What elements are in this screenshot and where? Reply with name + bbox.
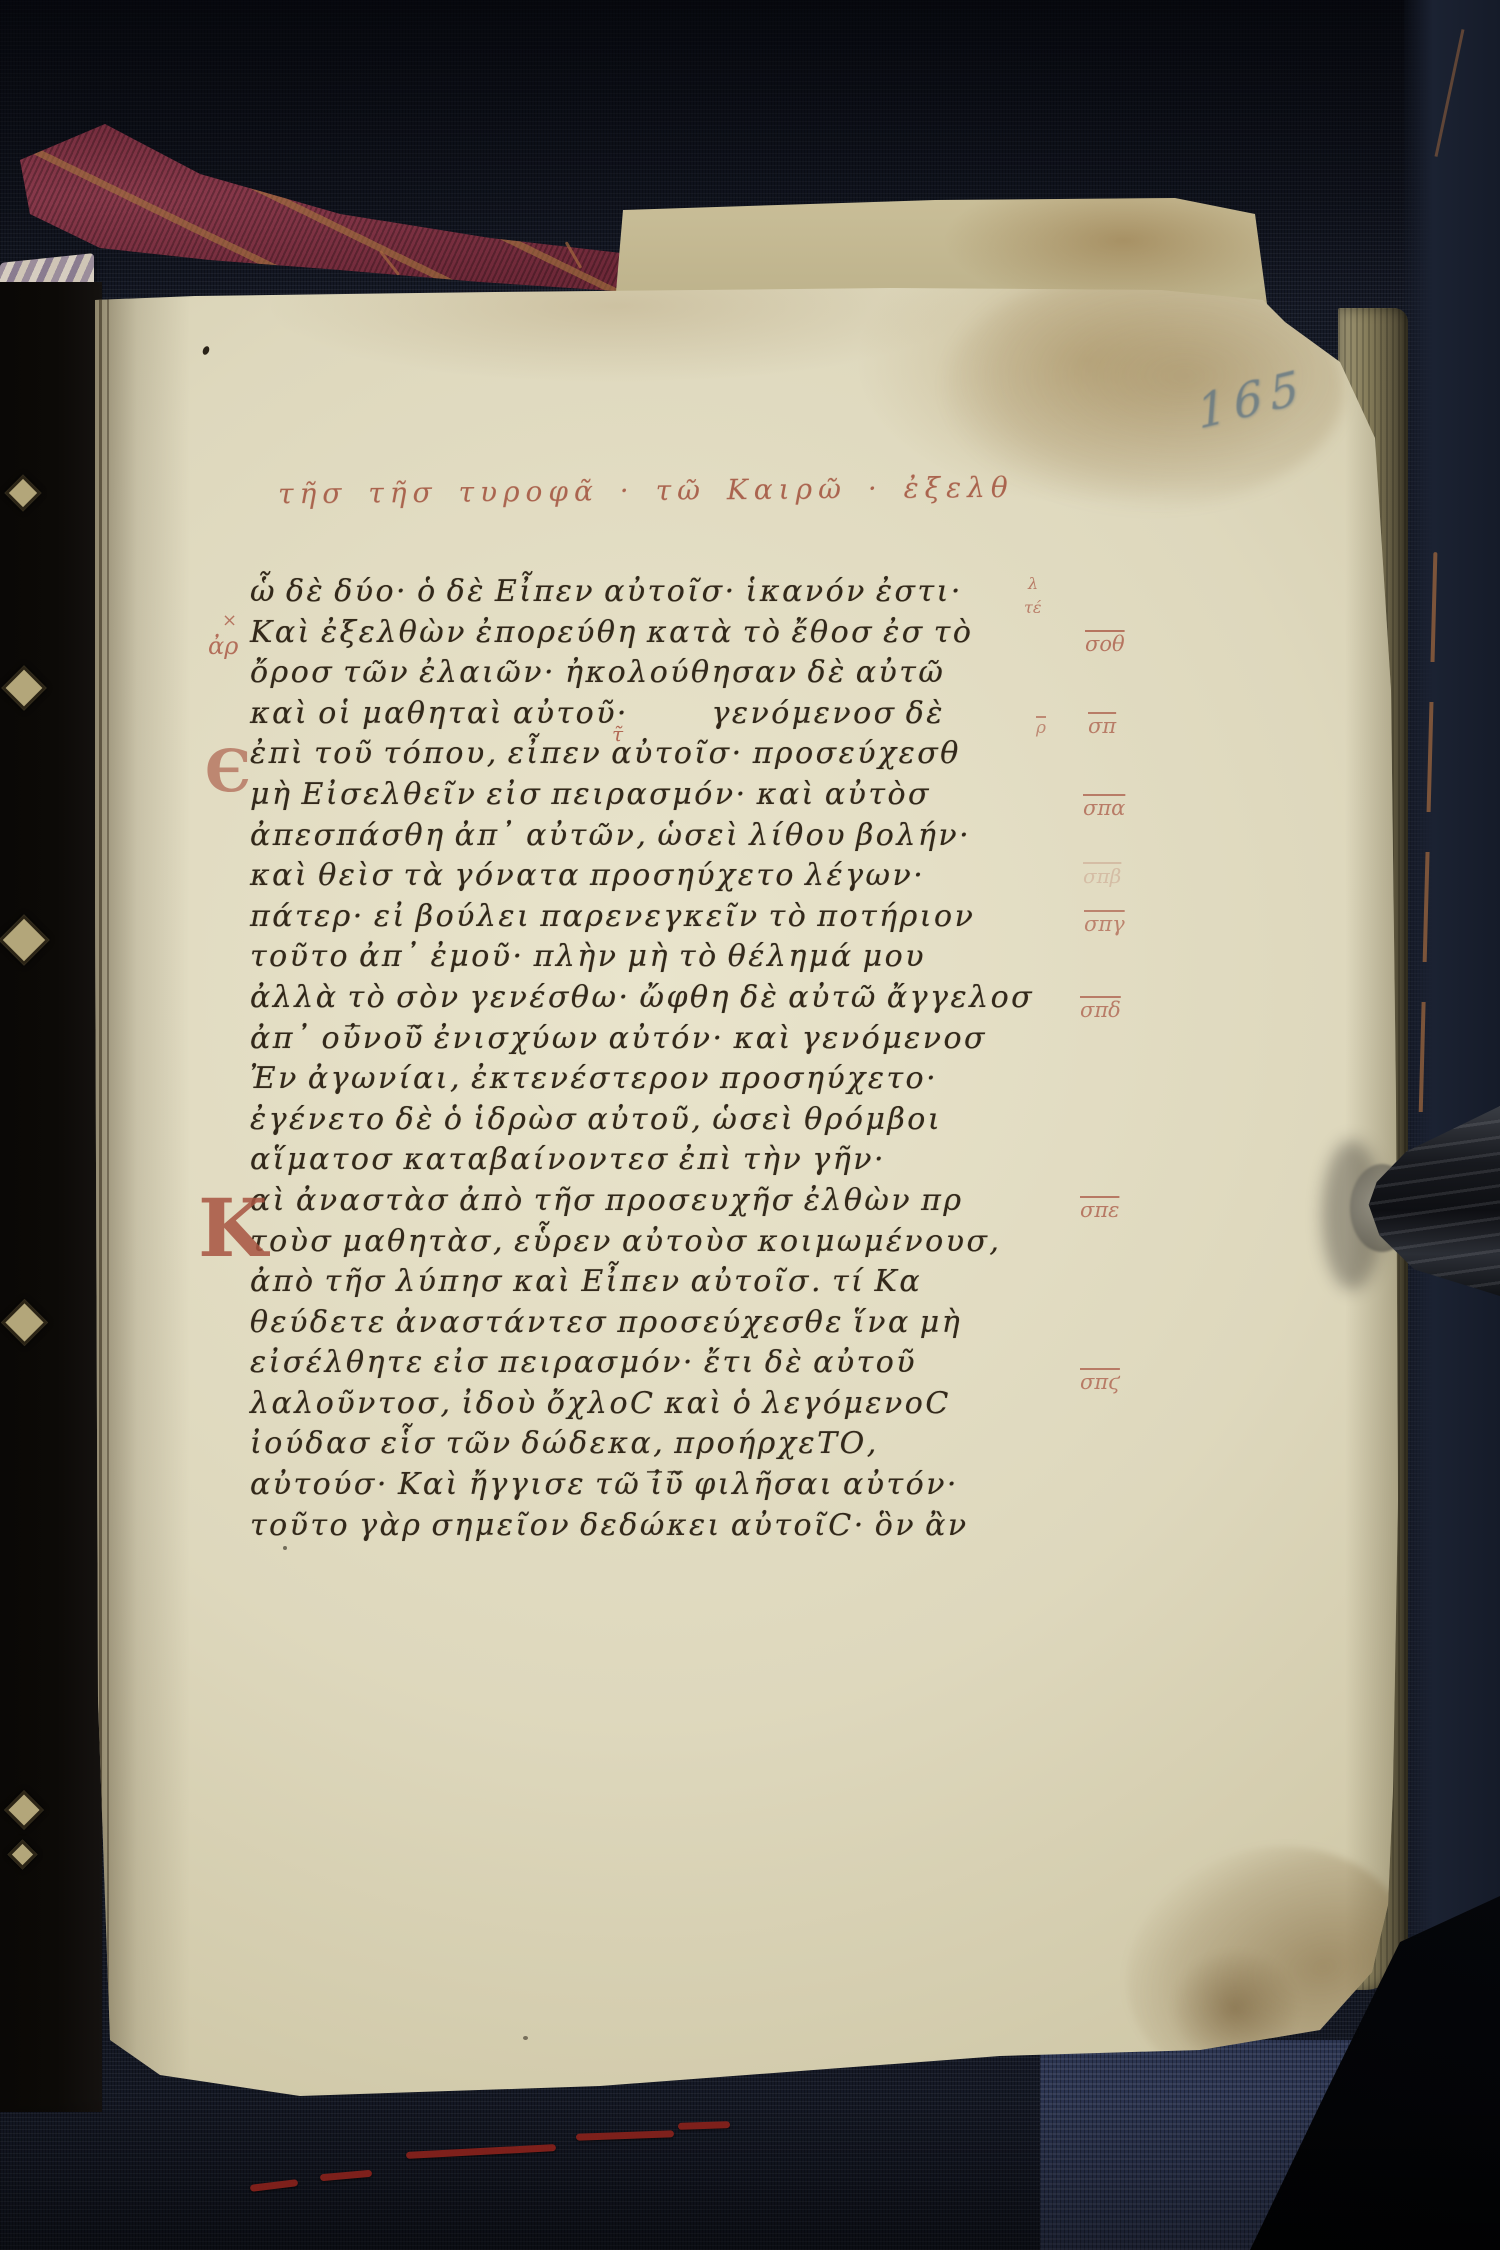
ammonian-section-number: λ — [1028, 576, 1038, 592]
manuscript-line: Καὶ ἐξελθὼν ἐπορεύθη κατὰ τὸ ἔθοσ ἐσ τὸ — [250, 613, 1060, 654]
manuscript-line: μὴ Εἰσελθεῖν εἰσ πειρασμόν· καὶ αὐτὸσ — [250, 775, 1060, 816]
margin-mark: Κ — [198, 1188, 268, 1268]
manuscript-line: ἀπ᾽ οὐ̅νοῦ̅ ἐνισχύων αὐτόν· καὶ γενόμενο… — [250, 1019, 1060, 1060]
ink-speck — [523, 2036, 528, 2040]
manuscript-line: τοὺσ μαθητὰσ, εὗρεν αὐτοὺσ κοιμωμένουσ, — [250, 1222, 1060, 1263]
manuscript-line: ἀπὸ τῆσ λύπησ καὶ Εἶπεν αὐτοῖσ. τί Κα — [250, 1262, 1060, 1303]
ammonian-section-number: σπα — [1083, 798, 1125, 819]
ammonian-section-number: σπ — [1088, 716, 1116, 737]
ammonian-section-number: τέ — [1024, 600, 1041, 616]
inline-rubric-mark: τ̃ — [612, 724, 623, 744]
cover-bottom-shade — [0, 2090, 1500, 2250]
manuscript-line: εἰσέλθητε εἰσ πειρασμόν· ἔτι δὲ αὐτοῦ — [250, 1343, 1060, 1384]
manuscript-line: ἰούδασ εἷσ τῶν δώδεκα, προήρχεΤΟ, — [250, 1424, 1060, 1465]
ammonian-section-number: σοθ — [1085, 634, 1125, 655]
lectionary-rubric: τῆσ τῆσ τυροφᾶ · τῶ Καιρῶ · ἐξελθ — [278, 471, 1014, 510]
ammonian-section-number: σπε — [1080, 1200, 1119, 1221]
ammonian-section-number: σπβ — [1083, 866, 1121, 886]
manuscript-line: τοῦτο ἀπ᾽ ἐμοῦ· πλὴν μὴ τὸ θέλημά μου — [250, 937, 1060, 978]
manuscript-line: λαλοῦντοσ, ἰδοὺ ὄχλοϹ καὶ ὁ λεγόμενοϹ — [250, 1384, 1060, 1425]
text-block: ὧ δὲ δύο· ὁ δὲ Εἶπεν αὐτοῖσ· ἱκανόν ἐστι… — [250, 572, 1060, 1546]
manuscript-line: ὧ δὲ δύο· ὁ δὲ Εἶπεν αὐτοῖσ· ἱκανόν ἐστι… — [250, 572, 1060, 613]
manuscript-line: ὄροσ τῶν ἐλαιῶν· ἠκολούθησαν δὲ αὐτῶ — [250, 653, 1060, 694]
ammonian-section-number: σπϛ — [1080, 1372, 1120, 1393]
manuscript-line: ἀπεσπάσθη ἀπ᾽ αὐτῶν, ὡσεὶ λίθου βολήν· — [250, 816, 1060, 857]
manuscript-line: ἀλλὰ τὸ σὸν γενέσθω· ὤφθη δὲ αὐτῶ ἄγγελο… — [250, 978, 1060, 1019]
manuscript-line: αἵματοσ καταβαίνοντεσ ἐπὶ τὴν γῆν· — [250, 1140, 1060, 1181]
manuscript-line: Ἐν ἀγωνίαι, ἐκτενέστερον προσηύχετο· — [250, 1059, 1060, 1100]
ammonian-section-number: σπγ — [1084, 914, 1125, 935]
ammonian-section-number: ρ — [1036, 720, 1046, 737]
manuscript-line: πάτερ· εἰ βούλει παρενεγκεῖν τὸ ποτήριον — [250, 897, 1060, 938]
margin-mark: × — [222, 612, 237, 630]
manuscript-photo: 165 τῆσ τῆσ τυροφᾶ · τῶ Καιρῶ · ἐξελθ ὧ … — [0, 0, 1500, 2250]
margin-mark: Є — [205, 742, 251, 800]
manuscript-line: ἐγένετο δὲ ὁ ἱδρὼσ αὐτοῦ, ὡσεὶ θρόμβοι — [250, 1100, 1060, 1141]
margin-mark: ἀρ — [208, 634, 238, 658]
manuscript-line: καὶ θεὶσ τὰ γόνατα προσηύχετο λέγων· — [250, 856, 1060, 897]
manuscript-line: ἐπὶ τοῦ τόπου, εἶπεν αὐτοῖσ· προσεύχεσθ — [250, 734, 1060, 775]
under-page-edge — [615, 198, 1267, 304]
ammonian-section-number: σπδ — [1080, 1000, 1121, 1021]
ink-speck — [283, 1546, 287, 1550]
manuscript-line: αὶ ἀναστὰσ ἀπὸ τῆσ προσευχῆσ ἐλθὼν πρ — [250, 1181, 1060, 1222]
ink-speck — [201, 345, 210, 356]
manuscript-line: τοῦτο γὰρ σημεῖον δεδώκει αὐτοῖϹ· ὃν ἂν — [250, 1506, 1060, 1547]
manuscript-line: θεύδετε ἀναστάντεσ προσεύχεσθε ἵνα μὴ — [250, 1303, 1060, 1344]
manuscript-line: αὐτούσ· Καὶ ἤγγισε τῶ ἰ̅ῦ̅ φιλῆσαι αὐτόν… — [250, 1465, 1060, 1506]
gutter-shadow — [0, 282, 102, 2112]
manuscript-line: καὶ οἱ μαθηταὶ αὐτοῦ· γενόμενοσ δὲ — [250, 694, 1060, 735]
